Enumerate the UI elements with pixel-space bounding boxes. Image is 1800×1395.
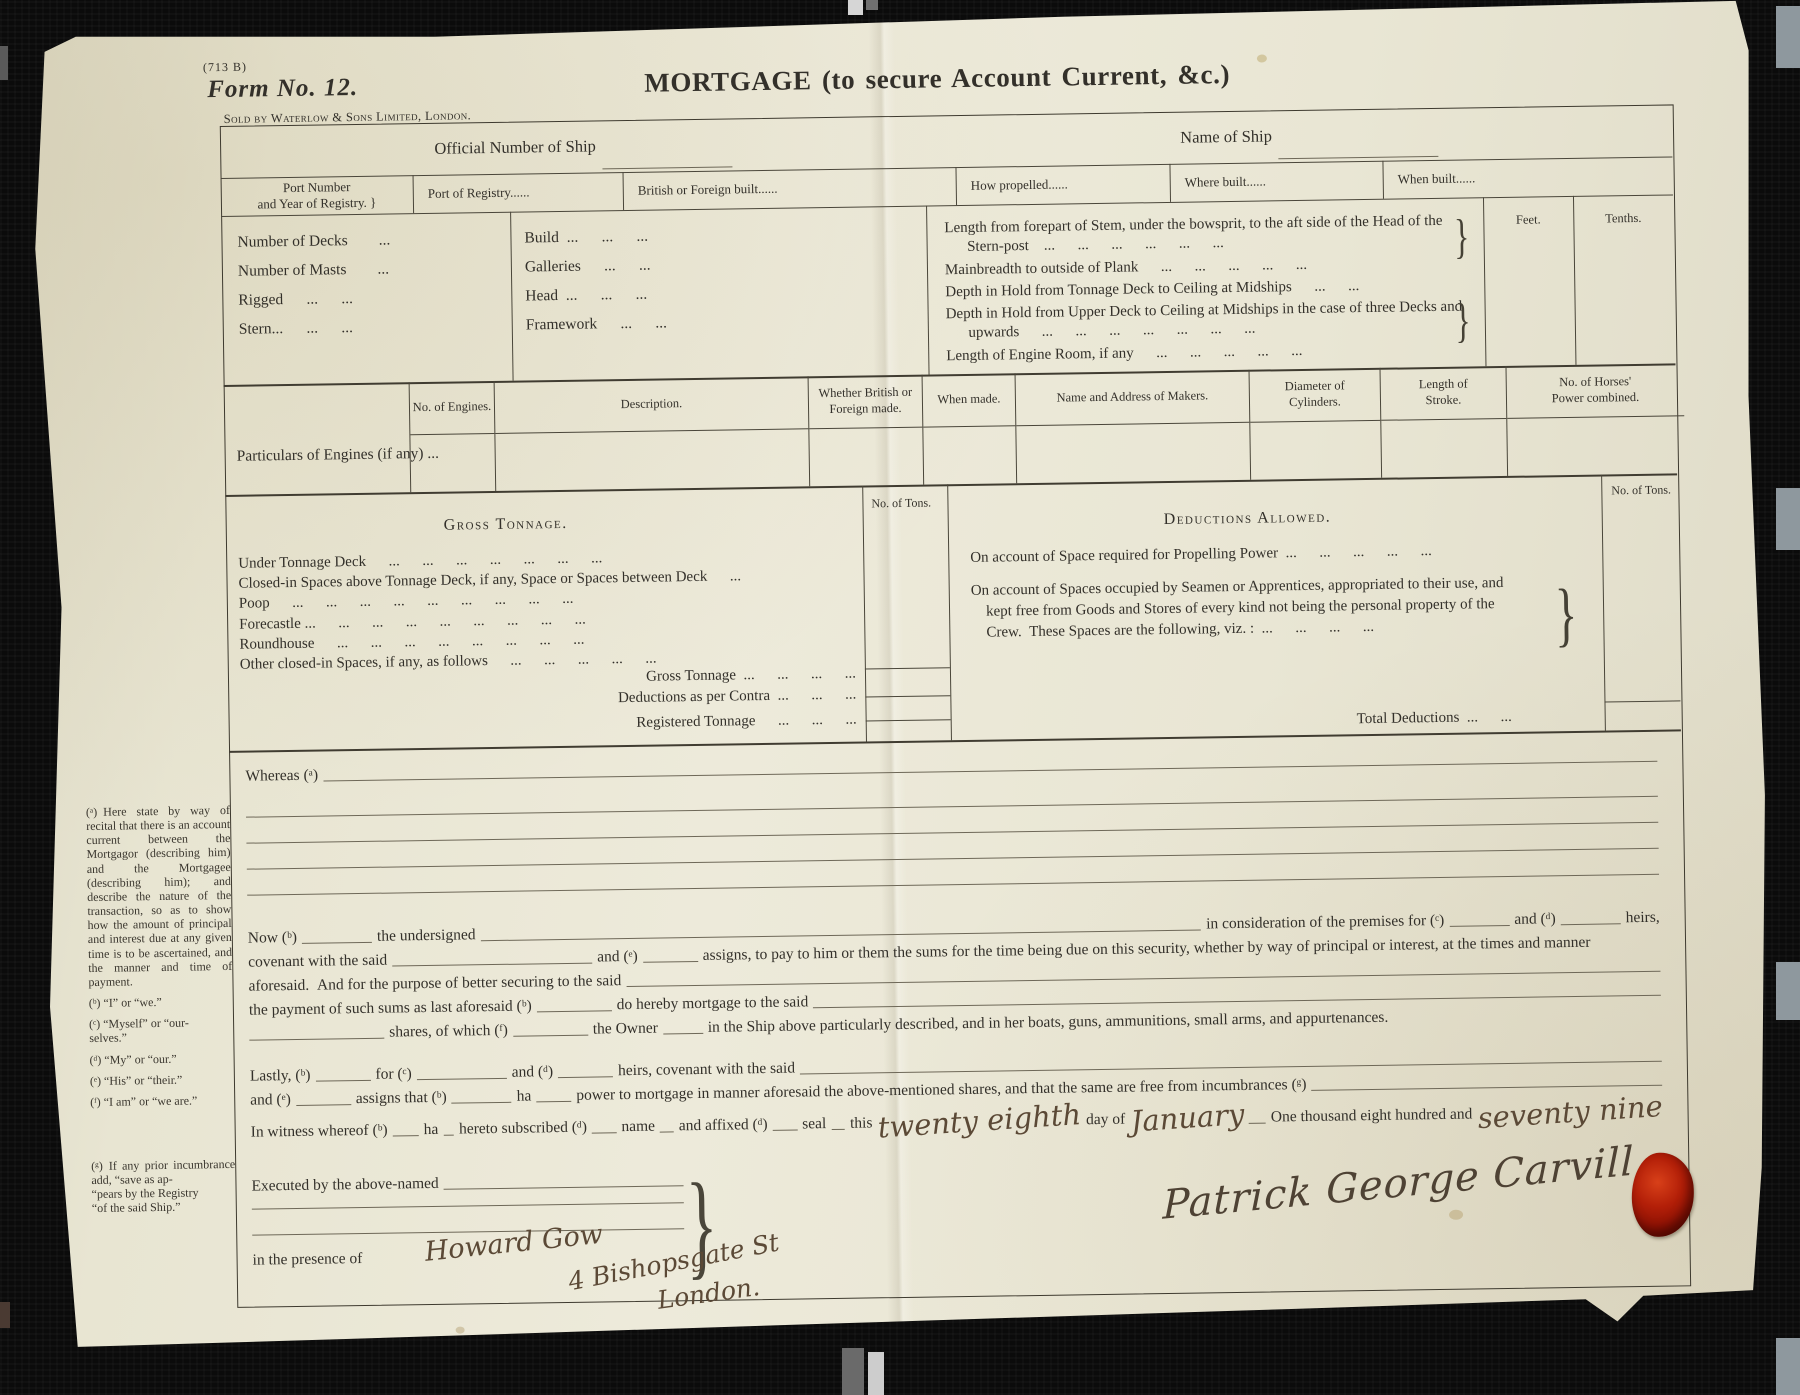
printed-text: heirs,	[1626, 909, 1660, 927]
document-title: MORTGAGE (to secure Account Current, &c.…	[557, 58, 1317, 100]
form-number: Form No. 12.	[207, 74, 358, 104]
engines-header-cell: When made.	[923, 373, 1016, 427]
blank-underline	[663, 1030, 703, 1035]
handwritten-text: January	[1130, 1106, 1245, 1131]
tenths-column-label: Tenths.	[1573, 210, 1673, 226]
engines-column: No. of Engines.	[409, 381, 496, 492]
blank-underline	[302, 939, 372, 944]
printed-text: the undersigned	[377, 926, 476, 945]
paper-stain	[456, 1327, 465, 1334]
blank-underline	[1449, 922, 1509, 927]
engines-column: Diameter of Cylinders.	[1249, 368, 1382, 480]
document-paper: (713 B) Form No. 12. Sold by Waterlow & …	[16, 0, 1780, 1353]
footnote: (ᶜ) “Myself” or “our- selves.”	[89, 1015, 233, 1045]
feet-column-label: Feet.	[1483, 212, 1573, 228]
blank-underline	[592, 1129, 617, 1133]
engines-header-cell: Length of Stroke.	[1380, 366, 1506, 421]
printed-text: the Owner	[593, 1020, 658, 1039]
form-code: (713 B)	[203, 60, 247, 76]
engines-header-cell: Whether British or Foreign made.	[809, 375, 923, 430]
engines-header-cell: No. of Engines.	[410, 381, 495, 435]
registry-header-cell: How propelled......	[955, 164, 1170, 205]
hull-particulars-left: Number of Decks ...Number of Masts ...Ri…	[237, 231, 392, 349]
engines-column: No. of Horses' Power combined.	[1505, 363, 1685, 476]
blank-underline	[660, 1128, 674, 1132]
blank-underline	[773, 1126, 798, 1130]
printed-text: day of	[1086, 1111, 1125, 1129]
engines-table: No. of Engines.Description.Whether Briti…	[409, 363, 1677, 492]
film-sprocket-1	[1776, 6, 1800, 68]
blank-underline	[249, 1034, 384, 1040]
printed-text: seal	[802, 1115, 826, 1133]
total-deductions-label: Total Deductions ... ...	[1357, 709, 1512, 728]
printed-text: Lastly, (ᵇ)	[250, 1067, 311, 1086]
printed-text: and (ᵈ)	[512, 1063, 554, 1081]
dimension-line: Depth in Hold from Upper Deck to Ceiling…	[946, 297, 1481, 342]
footnote: (ᵍ) If any prior incumbrance add, “save …	[91, 1157, 236, 1216]
particular-line: Stern... ... ...	[239, 318, 392, 338]
footnote: (ᶠ) “I am” or “we are.”	[90, 1093, 234, 1109]
brace-glyph: }	[1554, 575, 1578, 657]
brace-glyph: }	[1455, 294, 1471, 349]
printed-text: in consideration of the premises for (ᶜ)	[1206, 912, 1444, 933]
footnote: (ᵈ) “My” or “our.”	[90, 1050, 234, 1066]
tons-column-label-left: No. of Tons.	[871, 495, 931, 511]
registry-header-cell: British or Foreign built......	[623, 167, 957, 210]
printed-text: and affixed (ᵈ)	[679, 1116, 768, 1135]
engines-column: When made.	[922, 373, 1017, 484]
blank-underline	[536, 1098, 571, 1103]
registry-header-cell: Port of Registry......	[413, 172, 624, 213]
blank-underline	[392, 959, 592, 966]
tonnage-totals: Gross Tonnage ... ... ... ...Deductions …	[446, 666, 857, 739]
film-sprocket-2	[1776, 488, 1800, 550]
printed-text: Now (ᵇ)	[248, 929, 297, 948]
blank-underline	[452, 1099, 512, 1104]
engines-column: Whether British or Foreign made.	[808, 375, 924, 487]
printed-text: do hereby mortgage to the said	[617, 993, 809, 1014]
blank-underline	[316, 1077, 371, 1082]
printed-text: hereto subscribed (ᵈ)	[459, 1119, 587, 1139]
footnote: (ᵇ) “I” or “we.”	[89, 994, 233, 1010]
printed-text: Executed by the above-named	[251, 1175, 438, 1196]
ship-name-blank	[1278, 152, 1438, 159]
official-number-blank	[602, 162, 732, 169]
footnote: (ᵃ) Here state by way of recital that th…	[86, 803, 233, 989]
blank-underline	[296, 1101, 351, 1106]
tonnage-rows: Under Tonnage Deck ... ... ... ... ... .…	[238, 547, 860, 677]
engines-header-cell: Description.	[495, 376, 809, 434]
engines-header-cell: No. of Horses' Power combined.	[1506, 363, 1684, 419]
printed-text: for (ᶜ)	[375, 1065, 412, 1083]
particular-line: Build ... ... ...	[524, 227, 665, 247]
hull-particulars-middle: Build ... ... ...Galleries ... ...Head .…	[524, 227, 667, 345]
registry-header-cell: Port Number and Year of Registry. }	[221, 175, 414, 216]
printed-text: this	[850, 1114, 873, 1132]
gross-tonnage-title: Gross Tonnage.	[444, 515, 568, 535]
blank-underline	[513, 1031, 588, 1036]
printed-text: ha	[424, 1121, 439, 1139]
official-number-label: Official Number of Ship	[434, 136, 596, 158]
printed-text: Whereas (ᵃ)	[245, 767, 318, 786]
printed-text: name	[621, 1118, 655, 1136]
printed-text: In witness whereof (ᵇ)	[251, 1122, 388, 1142]
engines-column: Length of Stroke.	[1379, 366, 1507, 478]
blank-underline	[558, 1073, 613, 1078]
film-mark-left	[0, 46, 8, 80]
deduction-crew-spaces: On account of Spaces occupied by Seamen …	[971, 572, 1562, 644]
blank-underline	[417, 1075, 507, 1080]
handwritten-text: seventy nine	[1477, 1098, 1663, 1128]
printed-text: and (ᵉ)	[250, 1091, 291, 1109]
tonnage-total-row: Registered Tonnage ... ... ...	[447, 712, 857, 735]
brace-glyph: }	[1454, 210, 1470, 265]
printed-text: ha	[517, 1087, 532, 1105]
printed-text: and (ᵈ)	[1514, 910, 1556, 928]
particular-line: Rigged ... ...	[238, 289, 391, 309]
blank-underline	[1561, 920, 1621, 925]
blank-underline	[1249, 1119, 1266, 1123]
particular-line: Galleries ... ...	[525, 256, 666, 276]
printed-text: assigns that (ᵇ)	[356, 1089, 447, 1108]
footnote: (ᵉ) “His” or “their.”	[90, 1072, 234, 1088]
particular-line: Number of Masts ...	[238, 260, 391, 280]
engines-column: Description.	[494, 376, 810, 491]
dimension-line: Length from forepart of Stem, under the …	[944, 211, 1479, 256]
margin-footnotes: (ᵃ) Here state by way of recital that th…	[86, 803, 236, 1223]
film-mark-left-2	[0, 1302, 10, 1328]
blank-underline	[444, 1182, 684, 1190]
blank-underline	[393, 1132, 419, 1136]
printed-text: covenant with the said	[248, 952, 387, 972]
tonnage-total-row: Deductions as per Contra ... ... ...	[446, 687, 856, 710]
particular-line: Number of Decks ...	[237, 231, 390, 251]
deductions-title: Deductions Allowed.	[1164, 509, 1332, 529]
film-mark-top	[848, 0, 863, 15]
engines-header-cell: Name and Address of Makers.	[1016, 370, 1250, 426]
printed-text: shares, of which (ᶠ)	[389, 1022, 508, 1042]
film-mark-top-2	[866, 0, 878, 10]
film-sprocket-3	[1776, 962, 1800, 1020]
tons-column-label-right: No. of Tons.	[1611, 483, 1671, 499]
blank-underline	[443, 1131, 454, 1135]
printed-text: heirs, covenant with the said	[618, 1060, 795, 1080]
engines-column: Name and Address of Makers.	[1015, 370, 1251, 483]
ship-name-label: Name of Ship	[1180, 126, 1272, 147]
blank-underline	[643, 958, 698, 963]
blank-underline	[537, 1007, 612, 1012]
printed-text: in the presence of	[252, 1250, 362, 1269]
particular-line: Head ... ... ...	[525, 285, 666, 305]
blank-underline	[831, 1126, 845, 1130]
handwritten-text: twenty eighth	[877, 1106, 1081, 1137]
particular-line: Framework ... ...	[526, 314, 667, 334]
printed-text: and (ᵉ)	[597, 948, 638, 966]
film-mark-bottom-2	[868, 1352, 884, 1395]
registry-header-cell: When built......	[1382, 155, 1748, 198]
film-sprocket-4	[1776, 1338, 1800, 1395]
registry-header-cell: Where built......	[1169, 161, 1383, 202]
printed-text: One thousand eight hundred and	[1271, 1106, 1473, 1127]
engines-header-cell: Diameter of Cylinders.	[1250, 368, 1381, 423]
film-mark-bottom	[842, 1348, 864, 1395]
